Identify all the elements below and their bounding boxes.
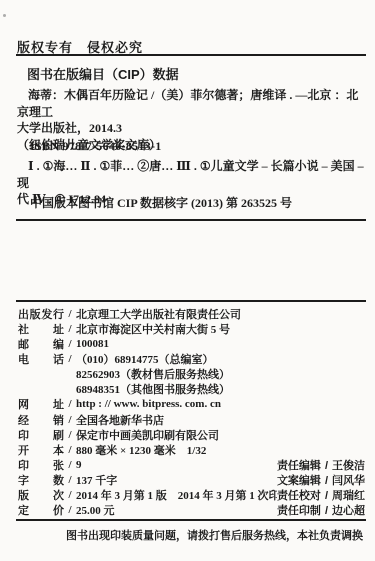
row-value: 880 毫米 × 1230 毫米 1/32 [76, 442, 365, 458]
row-separator: / [64, 474, 76, 486]
row-label: 邮编 [18, 336, 64, 352]
row-value website-url: http : // www. bitpress. com. cn [76, 398, 365, 410]
row-label: 电话 [18, 351, 64, 367]
divider-cip-bottom [16, 219, 366, 221]
row-value: 68948351（其他图书服务热线） [76, 381, 365, 397]
editor-credit: 责任印制/边心超 [277, 502, 365, 518]
book-title-line: 大学出版社，2014.3 [17, 120, 366, 137]
divider-footer [16, 519, 366, 521]
editor-name: 边心超 [332, 505, 365, 517]
row-separator: / [64, 504, 76, 516]
editor-credit: 责任编辑/王俊洁 [277, 457, 365, 473]
row-separator: / [64, 414, 76, 426]
colophon-block: 出版发行/北京理工大学出版社有限责任公司 社址/北京市海淀区中关村南大街 5 号… [18, 306, 365, 518]
editor-role: 责任校对 [277, 490, 321, 502]
row-label: 经销 [18, 412, 64, 428]
colophon-row-phone-2: 82562903（教材售后服务热线） [18, 367, 365, 382]
row-label: 印张 [18, 457, 64, 473]
scan-speck [3, 14, 6, 17]
row-separator: / [64, 429, 76, 441]
divider-top [16, 54, 366, 56]
row-separator: / [64, 353, 76, 365]
editor-name: 周瑞红 [332, 490, 365, 502]
row-value: 82562903（教材售后服务热线） [76, 366, 365, 382]
colophon-row-phone: 电话/（010）68914775（总编室） [18, 351, 365, 366]
row-separator: / [64, 323, 76, 335]
cip-section-title: 图书在版编目（CIP）数据 [27, 64, 179, 83]
editor-credit: 文案编辑/闫风华 [277, 472, 365, 488]
row-label: 字数 [18, 472, 64, 488]
row-label: 印刷 [18, 427, 64, 443]
row-label: 开本 [18, 442, 64, 458]
row-value: 保定市中画美凯印刷有限公司 [76, 427, 365, 443]
row-label: 出版发行 [18, 306, 64, 322]
colophon-row-price: 定价/25.00 元 责任印制/边心超 [18, 503, 365, 518]
row-label: 网址 [18, 396, 64, 412]
colophon-row-wordcount: 字数/137 千字 文案编辑/闫风华 [18, 473, 365, 488]
quality-notice: 图书出现印装质量问题，请拨打售后服务热线，本社负责调换 [17, 527, 363, 543]
row-value: 100081 [76, 338, 365, 350]
colophon-row-phone-3: 68948351（其他图书服务热线） [18, 382, 365, 397]
editor-separator: / [325, 490, 328, 502]
colophon-row-postcode: 邮编/100081 [18, 336, 365, 351]
colophon-row-publisher: 出版发行/北京理工大学出版社有限责任公司 [18, 306, 365, 321]
editor-credit: 责任校对/周瑞红 [277, 487, 365, 503]
row-separator: / [64, 398, 76, 410]
editor-name: 闫风华 [332, 475, 365, 487]
editor-name: 王俊洁 [332, 460, 365, 472]
cip-record-number: 中国版本图书馆 CIP 数据核字 (2013) 第 263525 号 [30, 194, 292, 211]
colophon-row-edition: 版次/2014 年 3 月第 1 版 2014 年 3 月第 1 次印刷 责任校… [18, 488, 365, 503]
row-value: 北京理工大学出版社有限责任公司 [76, 306, 365, 322]
row-separator: / [64, 489, 76, 501]
row-value: 25.00 元 [76, 502, 277, 518]
row-value: 北京市海淀区中关村南大街 5 号 [76, 321, 365, 337]
row-label: 版次 [18, 487, 64, 503]
colophon-row-sheets: 印张/9 责任编辑/王俊洁 [18, 457, 365, 472]
classification-line: Ⅰ . ①海… Ⅱ . ①菲… ②唐… Ⅲ . ①儿童文学 – 长篇小说 – 美… [17, 158, 366, 191]
row-separator: / [64, 308, 76, 320]
row-label: 社址 [18, 321, 64, 337]
colophon-row-website: 网址/http : // www. bitpress. com. cn [18, 397, 365, 412]
editor-role: 责任印制 [277, 505, 321, 517]
row-value: 全国各地新华书店 [76, 412, 365, 428]
colophon-row-distribution: 经销/全国各地新华书店 [18, 412, 365, 427]
row-separator: / [64, 459, 76, 471]
row-separator: / [64, 338, 76, 350]
row-separator: / [64, 444, 76, 456]
colophon-row-format: 开本/880 毫米 × 1230 毫米 1/32 [18, 442, 365, 457]
book-title-line: 海蒂：木偶百年历险记 /（美）菲尔德著；唐维译 . —北京 ：北京理工 [17, 87, 366, 120]
row-value: 9 [76, 459, 277, 471]
row-label: 定价 [18, 502, 64, 518]
book-copyright-page: 版权专有 侵权必究 图书在版编目（CIP）数据 海蒂：木偶百年历险记 /（美）菲… [0, 0, 375, 561]
editor-separator: / [325, 505, 328, 517]
editor-separator: / [325, 460, 328, 472]
editor-role: 责任编辑 [277, 460, 321, 472]
isbn-number: ISBN 978-7-5640-8513-1 [30, 139, 162, 154]
divider-colophon-top [16, 300, 366, 302]
row-value: （010）68914775（总编室） [76, 351, 365, 367]
row-value: 137 千字 [76, 472, 277, 488]
colophon-row-printer: 印刷/保定市中画美凯印刷有限公司 [18, 427, 365, 442]
editor-role: 文案编辑 [277, 475, 321, 487]
editor-separator: / [325, 475, 328, 487]
row-value: 2014 年 3 月第 1 版 2014 年 3 月第 1 次印刷 [76, 487, 277, 503]
colophon-row-address: 社址/北京市海淀区中关村南大街 5 号 [18, 321, 365, 336]
